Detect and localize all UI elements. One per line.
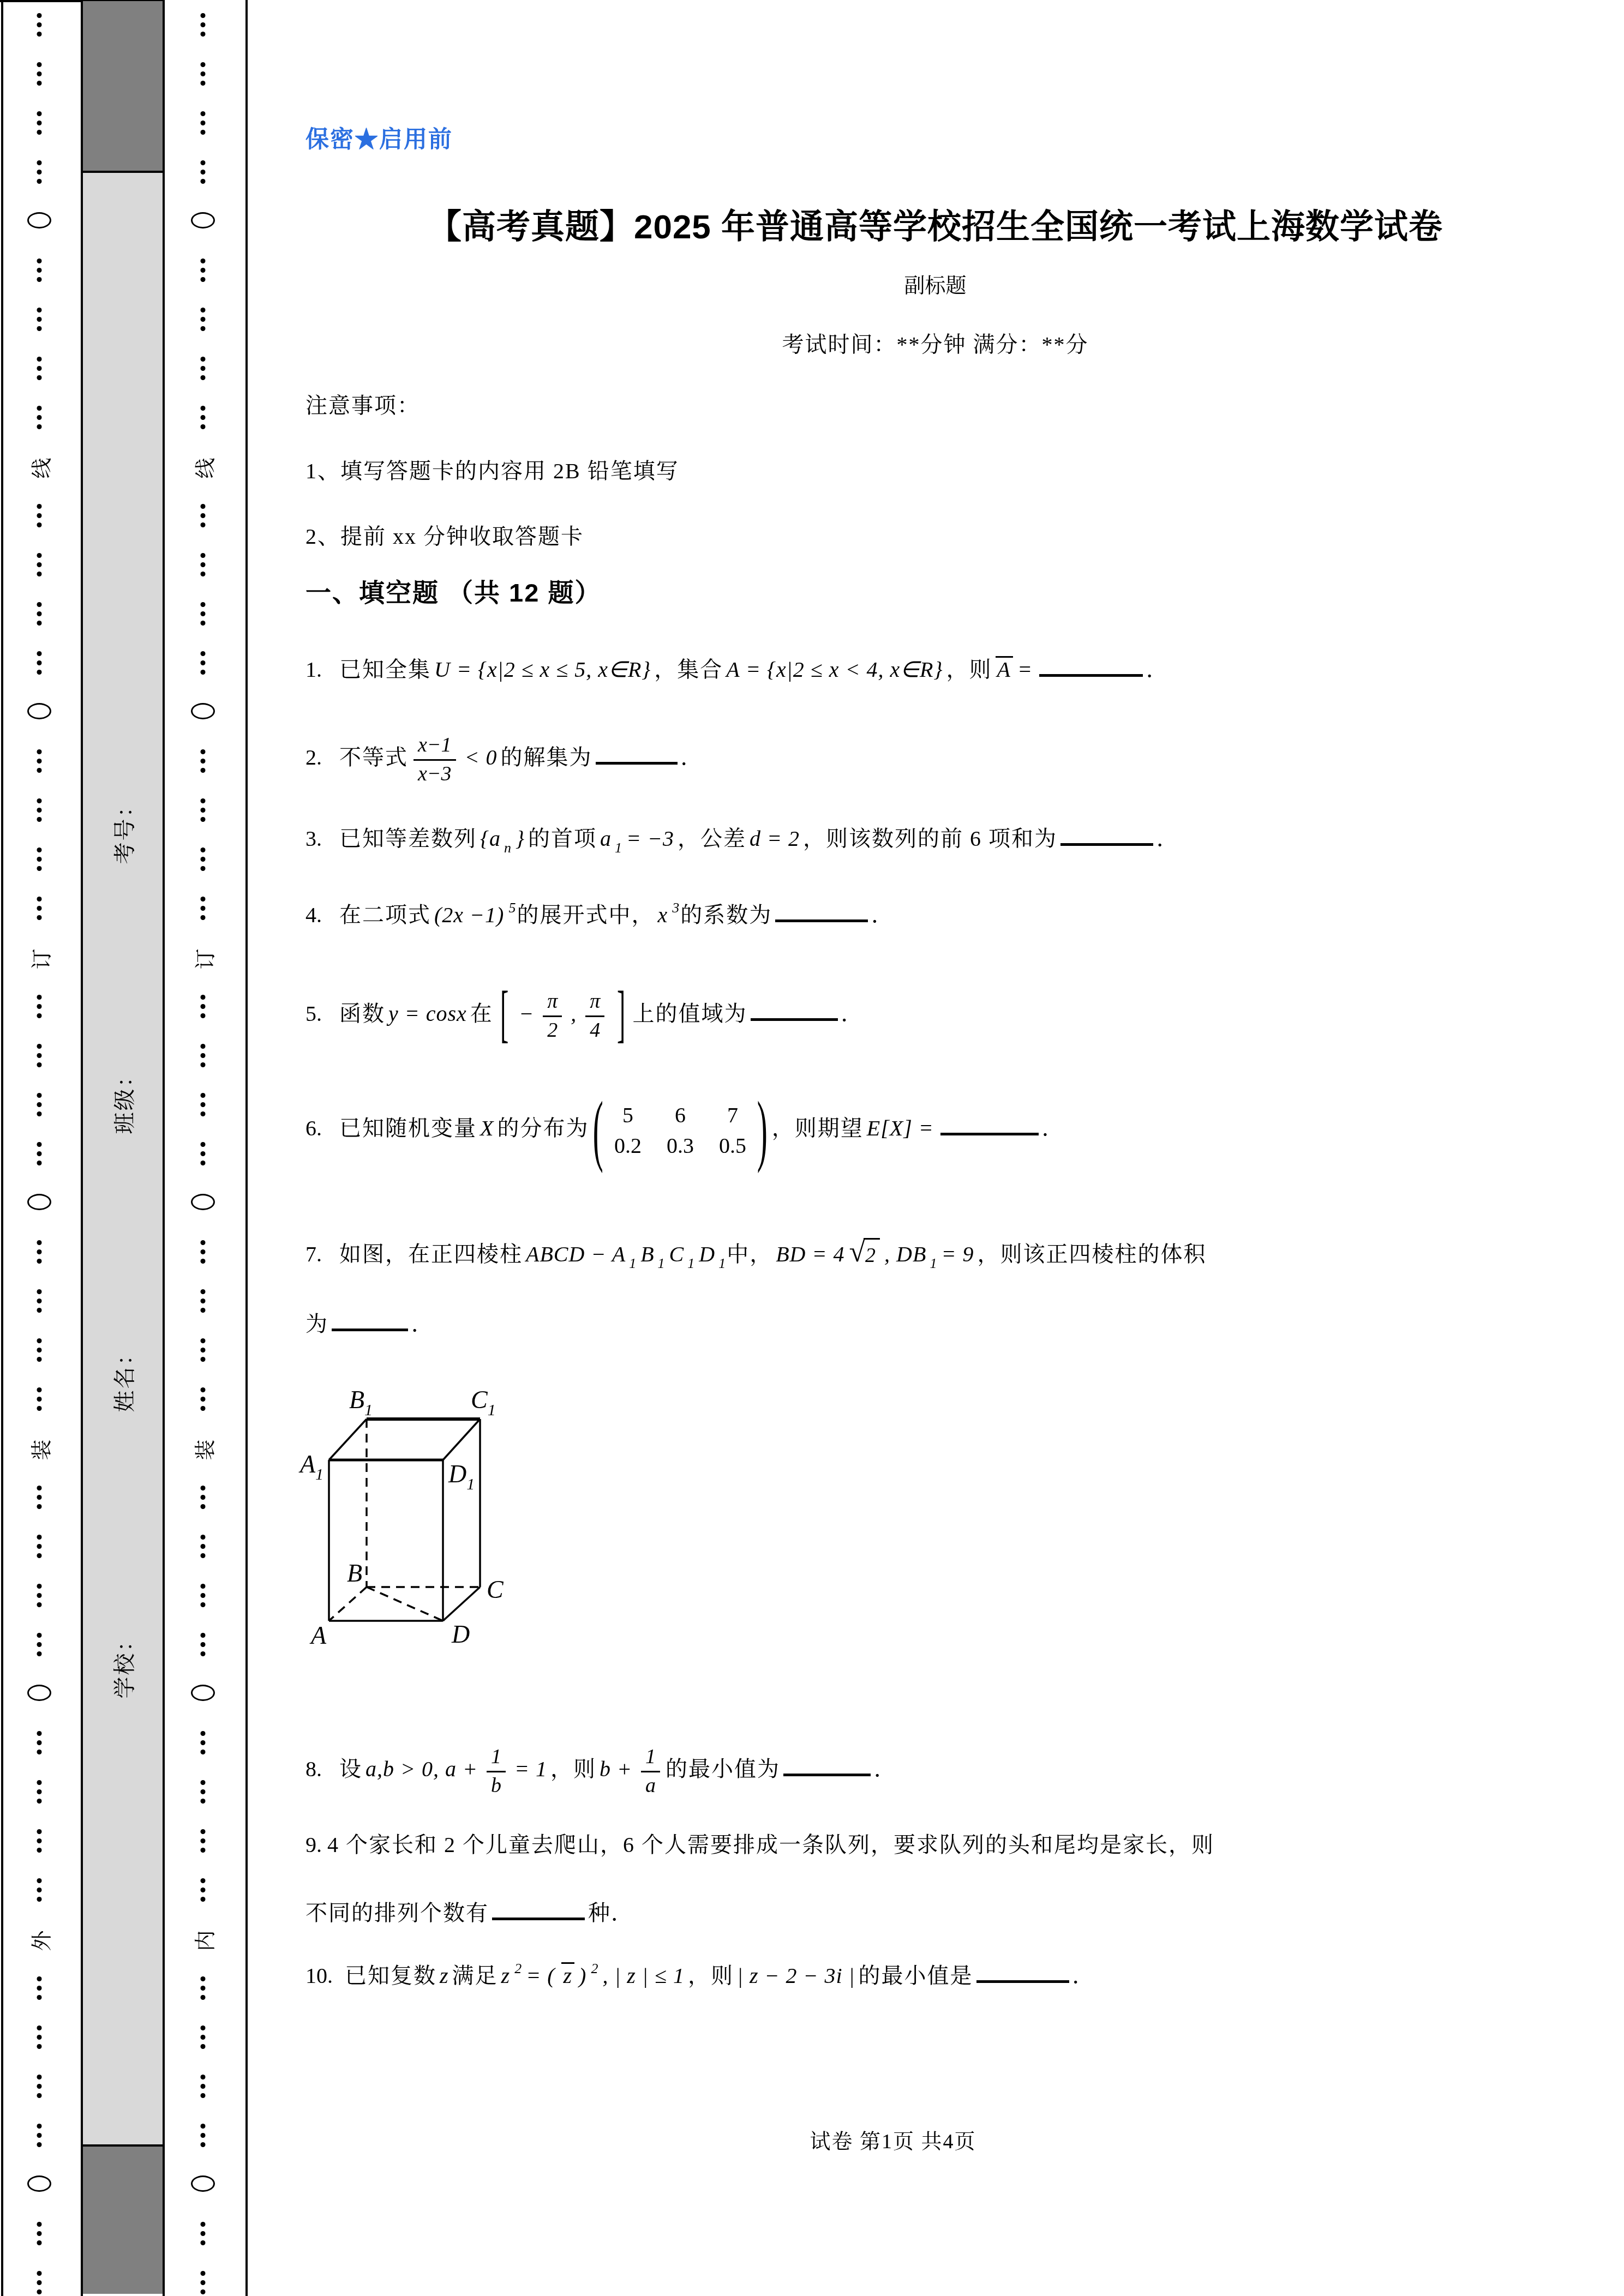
perforation-dot xyxy=(37,1584,42,1589)
matrix-cell: 6 xyxy=(667,1104,694,1126)
binding-line-char: 订 xyxy=(25,948,55,969)
radicand: 2 xyxy=(864,1238,880,1270)
prism-hidden-edges xyxy=(329,1419,480,1621)
perforation-dot xyxy=(37,2124,42,2129)
perforation-dot xyxy=(201,915,206,920)
text-run: ． xyxy=(871,903,894,927)
vertex-label-A1: A1 xyxy=(298,1450,323,1483)
text-run: ． xyxy=(1042,1116,1065,1140)
perforation-dot xyxy=(37,1338,42,1343)
perforation-dot xyxy=(37,1740,42,1745)
vertex-label-C: C xyxy=(487,1576,504,1603)
matrix-cell: 0.2 xyxy=(614,1135,642,1157)
question-row-q2: 2.不等式x−1x−3< 0的解集为． xyxy=(305,734,704,786)
perforation-dot xyxy=(37,1308,42,1313)
perforation-dot xyxy=(201,121,206,125)
perforation-dot xyxy=(201,817,206,822)
perforation-dot xyxy=(201,621,206,626)
perforation-dot xyxy=(201,553,206,558)
math-run: b + xyxy=(600,1757,632,1781)
perforation-dot xyxy=(201,759,206,764)
perforation-dot xyxy=(37,848,42,852)
perforation-dot xyxy=(37,259,42,263)
perforation-dot xyxy=(37,62,42,67)
perforation-dot xyxy=(37,553,42,558)
punch-hole-circle xyxy=(191,703,215,719)
square-root: √2 xyxy=(849,1238,880,1270)
perforation-dot xyxy=(37,621,42,626)
perforation-dot xyxy=(37,1593,42,1598)
math-run: } xyxy=(516,826,525,851)
text-run: 4 个家长和 2 个儿童去爬山，6 个人需要排成一条队列，要求队列的头和尾均是家… xyxy=(327,1832,1214,1857)
perforation-dot xyxy=(37,768,42,773)
perforation-dot xyxy=(201,1799,206,1804)
text-run: ． xyxy=(1146,657,1169,682)
perforation-dot xyxy=(201,1249,206,1254)
perforation-dot xyxy=(37,1504,42,1509)
math-run: (2x −1) xyxy=(434,903,504,927)
math-run: = ( xyxy=(526,1963,555,1988)
perforation-dot xyxy=(201,1004,206,1009)
perforation-dot xyxy=(37,1240,42,1245)
perforation-dot xyxy=(201,522,206,527)
perforation-dot xyxy=(37,1004,42,1009)
perforation-dot xyxy=(37,424,42,429)
text-run: 的展开式中， xyxy=(517,903,654,927)
perforation-dot xyxy=(37,71,42,76)
text-run: 的解集为 xyxy=(501,745,592,770)
question-row-q6: 6.已知随机变量X的分布为(5670.20.30.5)，则期望E[X] =． xyxy=(305,1104,1065,1157)
perforation-dot xyxy=(201,1308,206,1313)
math-run: D xyxy=(699,1242,715,1266)
perforation-dot xyxy=(37,415,42,420)
question-number: 3. xyxy=(305,824,322,854)
tall-bracket: ] xyxy=(617,970,625,1058)
perforation-dot xyxy=(37,2025,42,2030)
perforation-dot xyxy=(37,2280,42,2285)
perforation-dot xyxy=(201,2280,206,2285)
perforation-dot xyxy=(201,1044,206,1049)
perforation-dot xyxy=(201,2142,206,2147)
vertex-label-B1: B1 xyxy=(349,1386,373,1419)
perforation-dot xyxy=(201,415,206,420)
notice-item-1: 1、填写答题卡的内容用 2B 铅笔填写 xyxy=(305,454,679,485)
question-row-q5: 5.函数y = cosx在[−π2,π4]上的值域为． xyxy=(305,990,864,1042)
math-superscript: 5 xyxy=(508,900,516,916)
perforation-dot xyxy=(37,1642,42,1647)
math-superscript: 3 xyxy=(672,900,679,916)
perforation-dot xyxy=(37,179,42,184)
perforation-dot xyxy=(37,1995,42,2000)
paper-subtitle: 副标题 xyxy=(247,268,1624,298)
perforation-dot xyxy=(37,1651,42,1656)
text-run: ，集合 xyxy=(654,657,723,682)
sidebar-dark-box-top xyxy=(83,1,163,173)
perforation-dot xyxy=(201,1387,206,1392)
perforation-dot xyxy=(201,2222,206,2227)
math-run: z xyxy=(440,1963,449,1988)
math-run: a,b > 0, a + xyxy=(365,1757,478,1781)
fraction: π4 xyxy=(585,990,604,1042)
perforation-dot xyxy=(201,1504,206,1509)
perforation-dot xyxy=(201,1995,206,2000)
perforation-dot xyxy=(201,277,206,282)
perforation-dot xyxy=(201,32,206,37)
perforation-dot xyxy=(37,268,42,273)
math-run: A = {x|2 ≤ x < 4, x∈R} xyxy=(726,657,943,682)
perforation-dot xyxy=(37,2093,42,2098)
perforation-dot xyxy=(201,504,206,509)
math-run: a xyxy=(600,826,612,851)
perforation-dot xyxy=(201,1102,206,1107)
perforation-dot xyxy=(201,13,206,18)
student-info-label-0: 考号： xyxy=(107,794,139,864)
perforation-dot xyxy=(201,611,206,616)
perforation-dot xyxy=(201,670,206,675)
perforation-dot xyxy=(37,1397,42,1402)
perforation-dot xyxy=(37,1348,42,1353)
perforation-dot xyxy=(201,357,206,362)
binding-line-char: 内 xyxy=(188,1930,218,1951)
perforation-dot xyxy=(37,660,42,665)
perforation-dot xyxy=(37,1289,42,1294)
text-run: ． xyxy=(1156,826,1179,851)
perforation-dot xyxy=(37,1535,42,1540)
math-subscript: 1 xyxy=(658,1255,665,1271)
text-run: 在 xyxy=(470,1001,493,1026)
text-run: ，则期望 xyxy=(772,1116,864,1140)
question-row-q4: 4.在二项式(2x −1)5的展开式中，x3的系数为． xyxy=(305,897,894,930)
math-run: , | z | ≤ 1 xyxy=(602,1963,685,1988)
perforation-dot xyxy=(37,111,42,116)
perforation-dot xyxy=(201,798,206,803)
answer-blank xyxy=(751,996,838,1021)
punch-hole-circle xyxy=(191,1194,215,1210)
section-heading-fill-in-blanks: 一、填空题 （共 12 题） xyxy=(305,573,601,609)
math-run: X xyxy=(480,1116,494,1140)
fraction: x−1x−3 xyxy=(414,734,456,786)
perforation-dot xyxy=(37,995,42,1000)
perforation-dot xyxy=(201,1348,206,1353)
sidebar-dark-box-bottom xyxy=(83,2144,163,2294)
math-run: B xyxy=(640,1242,654,1266)
perforation-dot xyxy=(37,1111,42,1116)
text-run: 种． xyxy=(588,1901,634,1925)
perforation-dot xyxy=(201,375,206,380)
fraction-numerator: 1 xyxy=(487,1745,506,1772)
perforation-dot xyxy=(201,1544,206,1549)
perforation-dot xyxy=(201,406,206,411)
fraction: 1b xyxy=(487,1745,506,1798)
perforation-dot xyxy=(37,406,42,411)
perforation-dot xyxy=(201,130,206,135)
perforation-dot xyxy=(201,1357,206,1362)
answer-blank xyxy=(332,1306,408,1331)
text-run: 中， xyxy=(727,1242,772,1266)
math-run: , xyxy=(571,1001,577,1026)
perforation-dot xyxy=(201,897,206,901)
perforation-dot xyxy=(37,308,42,312)
binding-line-char: 订 xyxy=(188,948,218,969)
question-row-q9a: 9.4 个家长和 2 个儿童去爬山，6 个人需要排成一条队列，要求队列的头和尾均… xyxy=(305,1830,1214,1860)
perforation-dot xyxy=(201,1338,206,1343)
perforation-dot xyxy=(201,1151,206,1156)
answer-blank xyxy=(940,1110,1039,1135)
perforation-dot xyxy=(201,111,206,116)
text-run: 不同的排列个数有 xyxy=(305,1901,489,1925)
math-subscript: 1 xyxy=(629,1255,636,1271)
perforation-dot xyxy=(37,1544,42,1549)
perforation-dot xyxy=(201,1633,206,1638)
perforation-dot xyxy=(37,906,42,911)
perforation-dot xyxy=(37,1062,42,1067)
perforation-dot xyxy=(37,1848,42,1853)
notice-item-2: 2、提前 xx 分钟收取答题卡 xyxy=(305,519,584,550)
perforation-dot xyxy=(37,1829,42,1834)
answer-blank xyxy=(1060,821,1153,846)
binding-line-char: 线 xyxy=(188,458,218,478)
matrix-cell: 7 xyxy=(719,1104,746,1126)
perforation-dot xyxy=(37,897,42,901)
fraction-numerator: x−1 xyxy=(414,734,456,761)
matrix-cell: 0.5 xyxy=(719,1135,746,1157)
perforation-dot xyxy=(37,170,42,175)
text-run: 的系数为 xyxy=(680,903,772,927)
perforation-dot xyxy=(37,1633,42,1638)
perforation-dot xyxy=(37,1897,42,1902)
info-column-right-line xyxy=(163,0,165,2296)
binding-line-char: 装 xyxy=(188,1439,218,1460)
perforation-dot xyxy=(201,1593,206,1598)
math-run: C xyxy=(669,1242,685,1266)
perforation-dot xyxy=(37,798,42,803)
paper-title: 【高考真题】2025 年普通高等学校招生全国统一考试上海数学试卷 xyxy=(247,200,1624,248)
punch-hole-circle xyxy=(27,703,51,719)
math-run: = 1 xyxy=(514,1757,547,1781)
perforation-dot xyxy=(37,651,42,656)
fraction: 1a xyxy=(641,1745,660,1798)
text-run: ． xyxy=(874,1757,897,1781)
punch-hole-circle xyxy=(27,212,51,229)
perforation-dot xyxy=(201,768,206,773)
math-run: d = 2 xyxy=(750,826,800,851)
perforation-dot xyxy=(201,572,206,576)
sidebar-student-info-box xyxy=(83,173,163,2144)
text-run: 已知随机变量 xyxy=(339,1116,477,1140)
perforation-dot xyxy=(201,259,206,263)
math-run: y = cosx xyxy=(388,1001,467,1026)
question-number: 7. xyxy=(305,1239,322,1270)
perforation-dot xyxy=(201,1397,206,1402)
perforation-dot xyxy=(37,2142,42,2147)
answer-blank xyxy=(775,897,868,922)
text-run: ，则该正四棱柱的体积 xyxy=(977,1242,1206,1266)
perforation-dot xyxy=(37,1495,42,1500)
prism-edges xyxy=(329,1419,480,1621)
perforation-dot xyxy=(37,1102,42,1107)
punch-hole-circle xyxy=(191,1685,215,1701)
perforation-dot xyxy=(37,81,42,86)
math-run: {a xyxy=(480,826,501,851)
math-subscript: n xyxy=(504,840,511,856)
perforation-dot xyxy=(37,1486,42,1490)
perforation-dot xyxy=(201,268,206,273)
math-subscript: 1 xyxy=(930,1255,937,1271)
perforation-dot xyxy=(37,2035,42,2040)
perforation-dot xyxy=(201,1789,206,1794)
perforation-dot xyxy=(201,1111,206,1116)
text-run: 在二项式 xyxy=(339,903,431,927)
perforation-dot xyxy=(37,1259,42,1264)
matrix-cell: 5 xyxy=(614,1104,642,1126)
perforation-dot xyxy=(201,2025,206,2030)
perforation-dot xyxy=(37,1044,42,1049)
perforation-dot xyxy=(201,81,206,86)
perforation-dot xyxy=(37,2271,42,2276)
perforation-dot xyxy=(201,1053,206,1058)
fraction: π2 xyxy=(543,990,562,1042)
perforation-dot xyxy=(201,749,206,754)
text-run: ，则该数列的前 6 项和为 xyxy=(803,826,1057,851)
math-run: = 9 xyxy=(941,1242,974,1266)
text-run: ，公差 xyxy=(678,826,746,851)
question-row-q9b: 不同的排列个数有种． xyxy=(305,1895,634,1928)
perforation-dot xyxy=(37,759,42,764)
perforation-dot xyxy=(201,1535,206,1540)
perforation-dot xyxy=(37,1161,42,1165)
math-run: ) xyxy=(579,1963,586,1988)
question-number: 5. xyxy=(305,999,322,1029)
perforation-dot xyxy=(201,513,206,518)
perforation-dot xyxy=(37,32,42,37)
text-run: ，则 xyxy=(946,657,992,682)
perforation-dot xyxy=(201,1780,206,1785)
perforation-dot xyxy=(201,562,206,567)
answer-blank xyxy=(1039,652,1143,677)
perforation-dot xyxy=(37,1093,42,1098)
matrix-paren-left: ( xyxy=(593,1075,603,1186)
perforation-dot xyxy=(37,13,42,18)
perforation-dot xyxy=(201,1829,206,1834)
perforation-dot xyxy=(37,866,42,871)
math-run: E[X] = xyxy=(867,1116,934,1140)
perforation-dot xyxy=(37,504,42,509)
perforation-dot xyxy=(201,1750,206,1754)
perforation-dot xyxy=(37,2133,42,2138)
perforation-dot xyxy=(201,1838,206,1843)
text-run: 设 xyxy=(339,1757,362,1781)
perforation-dot xyxy=(201,2075,206,2079)
perforation-dot xyxy=(201,1495,206,1500)
question-row-q8: 8.设a,b > 0, a +1b= 1，则b +1a的最小值为． xyxy=(305,1745,897,1798)
question-row-q10: 10.已知复数z满足z2= (z)2, | z | ≤ 1，则| z − 2 −… xyxy=(305,1958,1095,1991)
fraction-denominator: x−3 xyxy=(418,761,452,786)
perforation-dot xyxy=(201,160,206,165)
perforation-dot xyxy=(201,1848,206,1853)
math-run: < 0 xyxy=(465,745,498,770)
perforation-dot xyxy=(37,121,42,125)
perforation-dot xyxy=(201,906,206,911)
punch-hole-circle xyxy=(27,2175,51,2192)
perforation-dot xyxy=(201,62,206,67)
punch-hole-circle xyxy=(191,2175,215,2192)
math-run: − xyxy=(519,1001,534,1026)
exam-time-score-info: 考试时间：**分钟 满分：**分 xyxy=(247,327,1624,358)
perforation-dot xyxy=(201,424,206,429)
perforation-dot xyxy=(201,2044,206,2049)
perforation-dot xyxy=(201,1553,206,1558)
perforation-dot xyxy=(37,749,42,754)
perforation-dot xyxy=(201,22,206,27)
perforation-dot xyxy=(37,1387,42,1392)
math-overline: z xyxy=(561,1962,574,1988)
perforation-dot xyxy=(201,71,206,76)
binding-line-char: 装 xyxy=(25,1439,55,1460)
perforation-dot xyxy=(37,572,42,576)
math-run: U = {x|2 ≤ x ≤ 5, x∈R} xyxy=(434,657,651,682)
text-run: ，则 xyxy=(688,1963,734,1988)
perforation-dot xyxy=(201,1651,206,1656)
fraction-numerator: 1 xyxy=(641,1745,660,1772)
question-number: 10. xyxy=(305,1961,333,1991)
perforation-dot xyxy=(37,366,42,371)
question-row-q7a: 7.如图，在正四棱柱ABCD − A1B1C1D1中，BD = 4√2, DB1… xyxy=(305,1238,1206,1273)
perforation-dot xyxy=(37,1878,42,1883)
perforation-dot xyxy=(201,1299,206,1303)
math-subscript: 1 xyxy=(615,840,622,856)
perforation-dot xyxy=(201,1013,206,1018)
punch-hole-circle xyxy=(27,1194,51,1210)
text-run: 上的值域为 xyxy=(633,1001,747,1026)
perforation-dot xyxy=(201,1897,206,1902)
perforation-dot xyxy=(37,817,42,822)
math-run: , DB xyxy=(884,1242,926,1266)
perforation-dot xyxy=(201,866,206,871)
perforation-dot xyxy=(37,130,42,135)
perforation-dot xyxy=(201,1406,206,1411)
perforation-dot xyxy=(37,1602,42,1607)
question-number: 8. xyxy=(305,1754,322,1784)
math-superscript: 2 xyxy=(514,1961,522,1976)
student-info-label-3: 学校： xyxy=(107,1628,139,1699)
question-number: 4. xyxy=(305,900,322,930)
perforation-dot xyxy=(201,1486,206,1490)
text-run: 如图，在正四棱柱 xyxy=(339,1242,523,1266)
vertex-label-C1: C1 xyxy=(471,1386,496,1419)
matrix-grid: 5670.20.30.5 xyxy=(614,1104,746,1157)
perforation-dot xyxy=(201,1289,206,1294)
math-overline: A xyxy=(996,656,1013,682)
prism-figure: A1 B1 C1 D1 A B C D xyxy=(295,1374,524,1655)
punch-hole-circle xyxy=(191,212,215,229)
perforation-dot xyxy=(37,1731,42,1736)
perforation-dot xyxy=(37,670,42,675)
perforation-dot xyxy=(37,277,42,282)
notice-heading: 注意事项： xyxy=(305,388,420,419)
perforation-dot xyxy=(37,2222,42,2227)
perforation-dot xyxy=(37,2231,42,2236)
perforation-dot xyxy=(37,1142,42,1147)
perforation-dot xyxy=(201,2093,206,2098)
perforation-dot xyxy=(201,1986,206,1991)
punch-hole-circle xyxy=(27,1685,51,1701)
perforation-dot xyxy=(37,611,42,616)
text-run: 已知等差数列 xyxy=(339,826,477,851)
perforation-dot xyxy=(37,22,42,27)
math-subscript: 1 xyxy=(687,1255,694,1271)
answer-blank xyxy=(783,1751,871,1776)
fraction-numerator: π xyxy=(543,990,562,1017)
